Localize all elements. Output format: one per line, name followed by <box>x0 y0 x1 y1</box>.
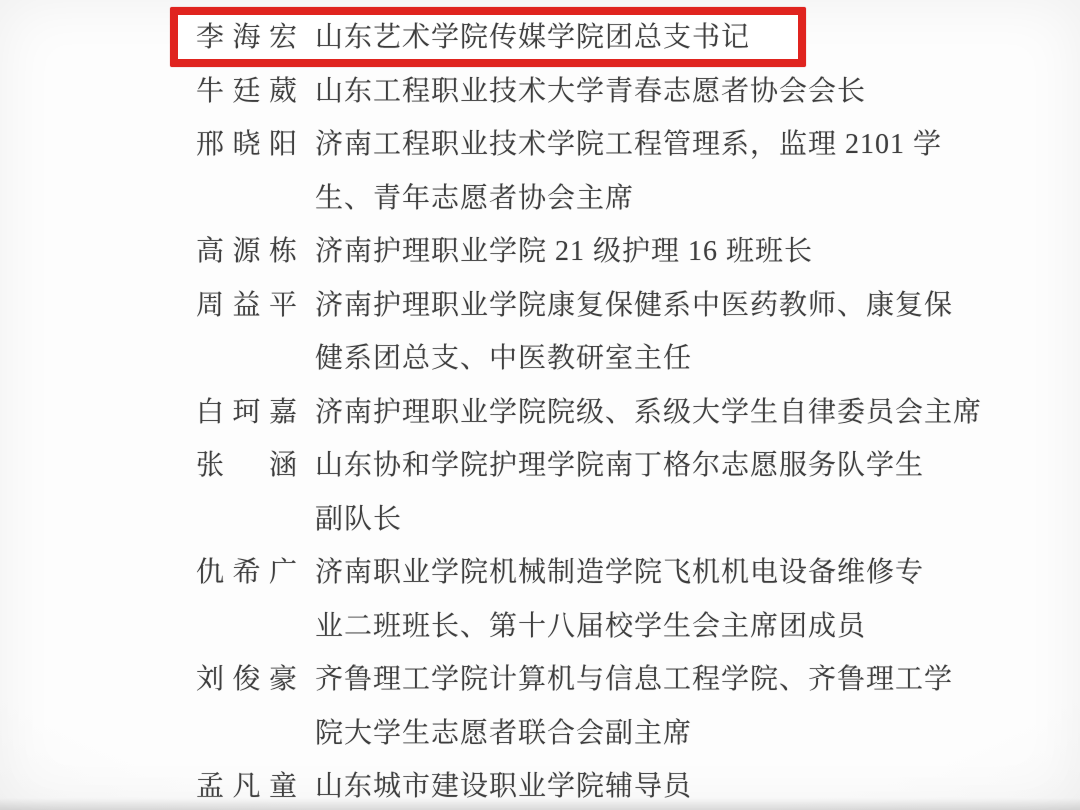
title-line: 山东工程职业技术大学青春志愿者协会会长 <box>315 65 866 119</box>
person-title: 济南护理职业学院康复保健系中医药教师、康复保 健系团总支、中医教研室主任 <box>315 279 953 386</box>
person-title: 济南工程职业技术学院工程管理系，监理 2101 学 生、青年志愿者协会主席 <box>315 118 942 225</box>
title-line: 副队长 <box>315 493 924 547</box>
title-line: 山东艺术学院传媒学院团总支书记 <box>315 11 750 65</box>
person-title: 山东协和学院护理学院南丁格尔志愿服务队学生 副队长 <box>315 439 924 546</box>
person-name: 李海宏 <box>196 11 298 65</box>
person-name: 周益平 <box>196 279 298 333</box>
title-line: 业二班班长、第十八届校学生会主席团成员 <box>315 600 924 654</box>
bottom-shadow <box>0 798 1080 810</box>
person-name: 刘俊豪 <box>196 653 298 707</box>
person-title: 齐鲁理工学院计算机与信息工程学院、齐鲁理工学 院大学生志愿者联合会副主席 <box>315 653 953 760</box>
title-line: 生、青年志愿者协会主席 <box>315 172 942 226</box>
list-entry: 张 涵 山东协和学院护理学院南丁格尔志愿服务队学生 副队长 <box>0 439 982 546</box>
title-line: 济南护理职业学院院级、系级大学生自律委员会主席 <box>315 386 982 440</box>
title-line: 山东协和学院护理学院南丁格尔志愿服务队学生 <box>315 439 924 493</box>
roster-document: 李海宏 山东艺术学院传媒学院团总支书记 牛廷葳 山东工程职业技术大学青春志愿者协… <box>0 0 1080 810</box>
title-line: 齐鲁理工学院计算机与信息工程学院、齐鲁理工学 <box>315 653 953 707</box>
list-entry: 白珂嘉 济南护理职业学院院级、系级大学生自律委员会主席 <box>0 386 982 440</box>
person-name: 高源栋 <box>196 225 298 279</box>
person-title: 济南护理职业学院院级、系级大学生自律委员会主席 <box>315 386 982 440</box>
person-title: 济南职业学院机械制造学院飞机机电设备维修专 业二班班长、第十八届校学生会主席团成… <box>315 546 924 653</box>
title-line: 健系团总支、中医教研室主任 <box>315 332 953 386</box>
person-title: 山东工程职业技术大学青春志愿者协会会长 <box>315 65 866 119</box>
list-entry: 高源栋 济南护理职业学院 21 级护理 16 班班长 <box>0 225 982 279</box>
person-name: 白珂嘉 <box>196 386 298 440</box>
person-name: 张 涵 <box>196 439 298 493</box>
person-name: 牛廷葳 <box>196 65 298 119</box>
list-entry: 李海宏 山东艺术学院传媒学院团总支书记 <box>0 11 982 65</box>
title-line: 济南职业学院机械制造学院飞机机电设备维修专 <box>315 546 924 600</box>
roster-list: 李海宏 山东艺术学院传媒学院团总支书记 牛廷葳 山东工程职业技术大学青春志愿者协… <box>0 11 982 810</box>
list-entry: 刘俊豪 齐鲁理工学院计算机与信息工程学院、齐鲁理工学 院大学生志愿者联合会副主席 <box>0 653 982 760</box>
person-name: 邢晓阳 <box>196 118 298 172</box>
title-line: 济南护理职业学院 21 级护理 16 班班长 <box>315 225 813 279</box>
person-name: 仇希广 <box>196 546 298 600</box>
list-entry: 仇希广 济南职业学院机械制造学院飞机机电设备维修专 业二班班长、第十八届校学生会… <box>0 546 982 653</box>
person-title: 山东艺术学院传媒学院团总支书记 <box>315 11 750 65</box>
title-line: 济南工程职业技术学院工程管理系，监理 2101 学 <box>315 118 942 172</box>
list-entry: 牛廷葳 山东工程职业技术大学青春志愿者协会会长 <box>0 65 982 119</box>
list-entry: 邢晓阳 济南工程职业技术学院工程管理系，监理 2101 学 生、青年志愿者协会主… <box>0 118 982 225</box>
title-line: 院大学生志愿者联合会副主席 <box>315 707 953 761</box>
title-line: 济南护理职业学院康复保健系中医药教师、康复保 <box>315 279 953 333</box>
person-title: 济南护理职业学院 21 级护理 16 班班长 <box>315 225 813 279</box>
list-entry: 周益平 济南护理职业学院康复保健系中医药教师、康复保 健系团总支、中医教研室主任 <box>0 279 982 386</box>
